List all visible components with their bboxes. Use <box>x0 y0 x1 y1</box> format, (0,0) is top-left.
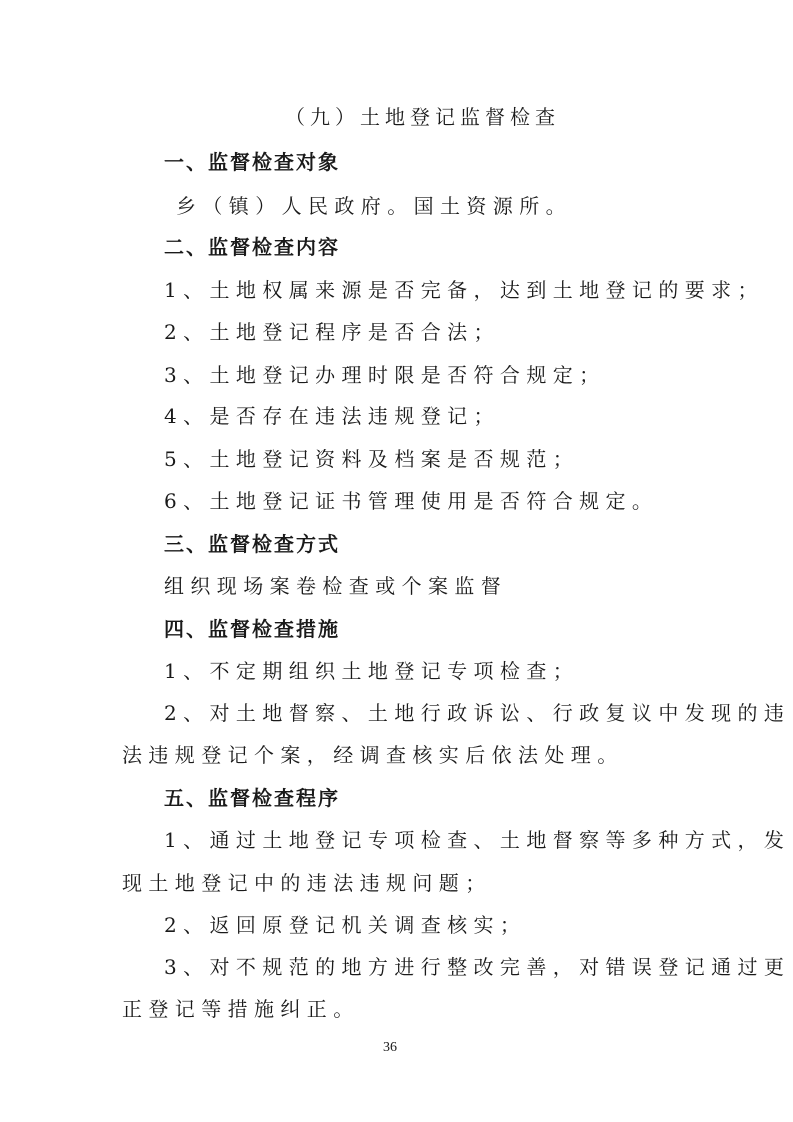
section-5-line-5: 正登记等措施纠正。 <box>122 995 360 1023</box>
section-5-line-2: 现土地登记中的违法违规问题； <box>122 869 492 897</box>
section-5-line-4: 3、对不规范的地方进行整改完善，对错误登记通过更 <box>164 953 790 981</box>
section-2-line-6: 6、土地登记证书管理使用是否符合规定。 <box>164 487 658 515</box>
section-2-line-3: 3、土地登记办理时限是否符合规定； <box>164 361 606 389</box>
section-4-line-3: 法违规登记个案，经调查核实后依法处理。 <box>122 741 624 769</box>
section-5-line-1: 1、通过土地登记专项检查、土地督察等多种方式，发 <box>164 826 790 854</box>
section-heading-1: 一、监督检查对象 <box>164 148 340 176</box>
section-heading-4: 四、监督检查措施 <box>164 615 340 643</box>
section-2-line-5: 5、土地登记资料及档案是否规范； <box>164 445 579 473</box>
section-3-line-1: 组织现场案卷检查或个案监督 <box>164 572 507 600</box>
section-2-line-4: 4、是否存在违法违规登记； <box>164 402 500 430</box>
section-2-line-2: 2、土地登记程序是否合法； <box>164 318 500 346</box>
section-4-line-2: 2、对土地督察、土地行政诉讼、行政复议中发现的违 <box>164 699 790 727</box>
section-1-line-1: 乡（镇）人民政府。国土资源所。 <box>176 192 572 220</box>
section-heading-3: 三、监督检查方式 <box>164 530 340 558</box>
page-number: 36 <box>383 1040 397 1056</box>
section-4-line-1: 1、不定期组织土地登记专项检查； <box>164 657 579 685</box>
section-heading-2: 二、监督检查内容 <box>164 233 340 261</box>
section-2-line-1: 1、土地权属来源是否完备，达到土地登记的要求； <box>164 276 764 304</box>
section-5-line-3: 2、返回原登记机关调查核实； <box>164 911 526 939</box>
section-heading-5: 五、监督检查程序 <box>164 784 340 812</box>
document-title: （九）土地登记监督检查 <box>285 103 560 131</box>
